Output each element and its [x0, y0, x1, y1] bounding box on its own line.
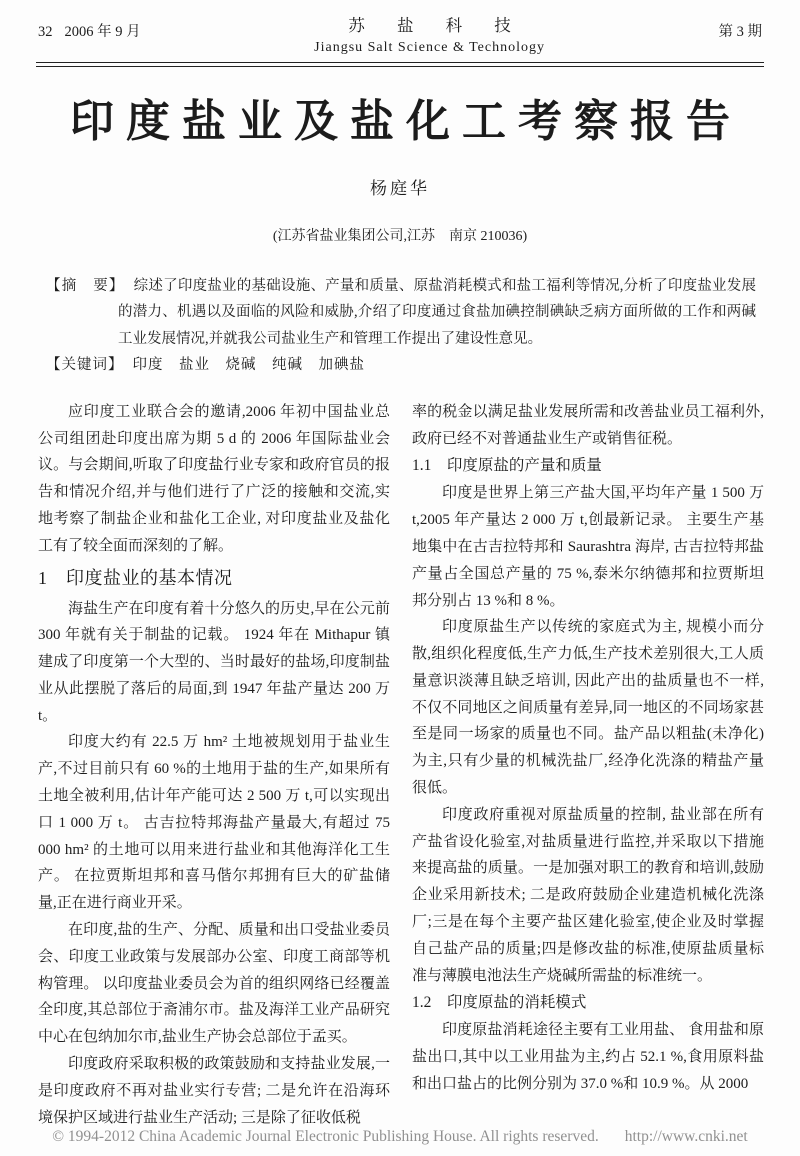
footer-copyright: © 1994-2012 China Academic Journal Elect…: [52, 1128, 598, 1145]
page-header: 322006 年 9 月 苏 盐 科 技 Jiangsu Salt Scienc…: [0, 0, 800, 56]
body-paragraph: 印度政府采取积极的政策鼓励和支持盐业发展,一是印度政府不再对盐业实行专营; 二是…: [38, 1051, 390, 1131]
right-column: 率的税金以满足盐业发展所需和改善盐业员工福利外,政府已经不对普通盐业生产或销售征…: [412, 399, 764, 1132]
footer-url: http://www.cnki.net: [625, 1128, 748, 1145]
issue-number: 第 3 期: [719, 16, 763, 41]
section-heading: 1 印度盐业的基本情况: [38, 563, 390, 593]
keywords-label: 【关键词】: [46, 357, 124, 373]
body-paragraph: 率的税金以满足盐业发展所需和改善盐业员工福利外,政府已经不对普通盐业生产或销售征…: [412, 399, 764, 453]
author-name: 杨庭华: [0, 174, 800, 199]
body-paragraph: 印度是世界上第三产盐大国,平均年产量 1 500 万 t,2005 年产量达 2…: [412, 480, 764, 614]
body-paragraph: 印度政府重视对原盐质量的控制, 盐业部在所有产盐省设化验室,对盐质量进行监控,并…: [412, 802, 764, 990]
body-paragraph: 在印度,盐的生产、分配、质量和出口受盐业委员会、印度工业政策与发展部办公室、印度…: [38, 917, 390, 1051]
author-affiliation: (江苏省盐业集团公司,江苏 南京 210036): [0, 225, 800, 245]
body-paragraph: 海盐生产在印度有着十分悠久的历史,早在公元前 300 年就有关于制盐的记载。 1…: [38, 596, 390, 730]
journal-page: 322006 年 9 月 苏 盐 科 技 Jiangsu Salt Scienc…: [0, 0, 800, 1156]
keywords-text: 印度 盐业 烧碱 纯碱 加碘盐: [133, 357, 366, 373]
journal-title-en: Jiangsu Salt Science & Technology: [314, 39, 545, 57]
page-number: 32: [38, 24, 53, 40]
header-rule: [36, 62, 764, 67]
abstract-keywords-block: 【摘 要】综述了印度盐业的基础设施、产量和质量、原盐消耗模式和盐工福利等情况,分…: [46, 273, 756, 379]
body-paragraph: 印度原盐消耗途径主要有工业用盐、 食用盐和原盐出口,其中以工业用盐为主,约占 5…: [412, 1017, 764, 1097]
keywords: 【关键词】印度 盐业 烧碱 纯碱 加碘盐: [46, 352, 756, 379]
abstract: 【摘 要】综述了印度盐业的基础设施、产量和质量、原盐消耗模式和盐工福利等情况,分…: [46, 273, 756, 353]
abstract-label: 【摘 要】: [46, 278, 125, 294]
issue-date: 2006 年 9 月: [65, 24, 141, 40]
section-heading: 1.2 印度原盐的消耗模式: [412, 989, 764, 1017]
section-heading: 1.1 印度原盐的产量和质量: [412, 452, 764, 480]
body-paragraph: 印度大约有 22.5 万 hm² 土地被规划用于盐业生产,不过目前只有 60 %…: [38, 729, 390, 917]
left-column: 应印度工业联合会的邀请,2006 年初中国盐业总公司组团赴印度出席为期 5 d …: [38, 399, 390, 1132]
article-body: 应印度工业联合会的邀请,2006 年初中国盐业总公司组团赴印度出席为期 5 d …: [38, 399, 764, 1132]
journal-title-cn: 苏 盐 科 技: [314, 16, 545, 37]
header-left: 322006 年 9 月: [38, 16, 141, 41]
footer-watermark: © 1994-2012 China Academic Journal Elect…: [0, 1128, 800, 1146]
abstract-text: 综述了印度盐业的基础设施、产量和质量、原盐消耗模式和盐工福利等情况,分析了印度盐…: [118, 278, 756, 347]
journal-masthead: 苏 盐 科 技 Jiangsu Salt Science & Technolog…: [314, 16, 545, 56]
article-title: 印度盐业及盐化工考察报告: [0, 97, 800, 148]
body-paragraph: 印度原盐生产以传统的家庭式为主, 规模小而分散,组织化程度低,生产力低,生产技术…: [412, 614, 764, 802]
body-paragraph: 应印度工业联合会的邀请,2006 年初中国盐业总公司组团赴印度出席为期 5 d …: [38, 399, 390, 560]
